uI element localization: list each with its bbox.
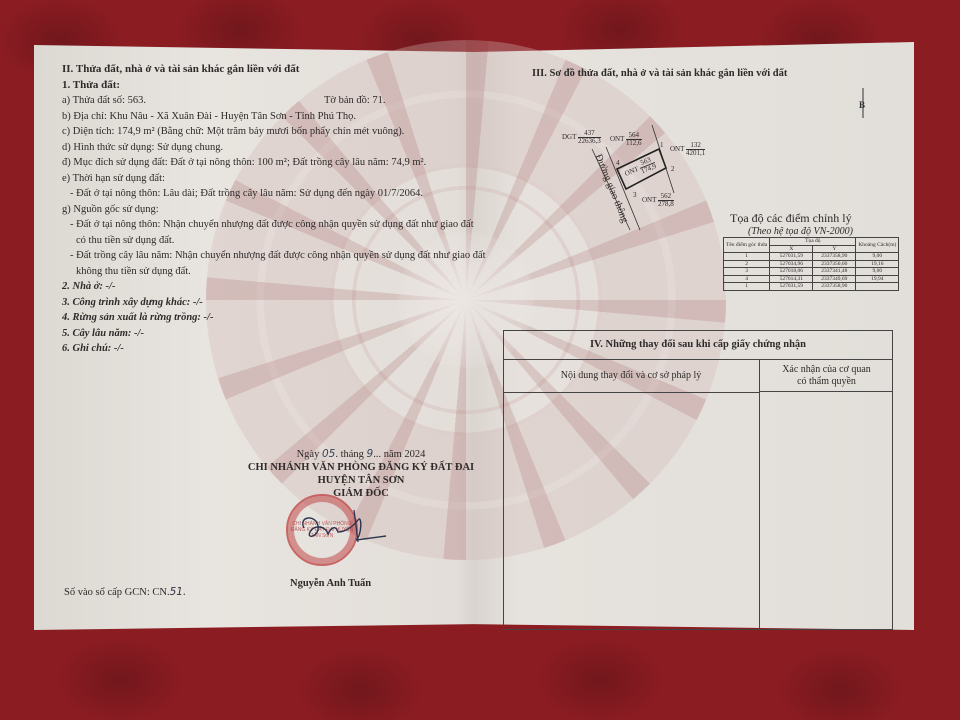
parcel-heading: 1. Thửa đất:: [62, 78, 502, 94]
signature-block: Ngày 05. tháng 9... năm 2024 CHI NHÁNH V…: [226, 448, 496, 500]
perennial-trees: 5. Cây lâu năm: -/-: [62, 326, 502, 342]
coordinate-row: 1527031,592337358,909,00: [724, 253, 899, 261]
origin-residential-line1: - Đất ở tại nông thôn: Nhận chuyển nhượn…: [62, 217, 502, 233]
use-form: d) Hình thức sử dụng: Sử dụng chung.: [62, 140, 502, 156]
coordinate-distance: 19,16: [856, 260, 899, 268]
coordinate-y: 2337349,69: [813, 275, 856, 283]
north-arrow-icon: B: [858, 88, 868, 118]
issue-day: 05: [322, 448, 335, 460]
origin-heading: g) Nguồn gốc sử dụng:: [62, 202, 502, 218]
house: 2. Nhà ở: -/-: [62, 279, 502, 295]
coordinate-y: 2337350,60: [813, 260, 856, 268]
coordinate-distance: [856, 283, 899, 291]
origin-perennial-line1: - Đất trồng cây lâu năm: Nhận chuyển như…: [62, 248, 502, 264]
changes-table: IV. Những thay đổi sau khi cấp giấy chứn…: [503, 330, 893, 630]
changes-title: IV. Những thay đổi sau khi cấp giấy chứn…: [503, 330, 893, 360]
issue-date: Ngày 05. tháng 9... năm 2024: [226, 448, 496, 461]
address: b) Địa chỉ: Khu Nâu - Xã Xuân Đài - Huyệ…: [62, 109, 502, 125]
coordinate-x: 527034,96: [770, 260, 813, 268]
coordinate-x: 527031,59: [770, 283, 813, 291]
coordinate-row: 4527014,312337349,6919,94: [724, 275, 899, 283]
coordinate-distance: 9,00: [856, 268, 899, 276]
vertex-2: 2: [671, 165, 675, 173]
section-ii-title: II. Thửa đất, nhà ở và tài sản khác gắn …: [62, 62, 502, 78]
coordinate-x: 527018,06: [770, 268, 813, 276]
forest: 4. Rừng sản xuất là rừng trồng: -/-: [62, 310, 502, 326]
parcel-diagram: DGT 43722636,3 ONT 564112,6 ONT 1324201,…: [530, 125, 730, 235]
coordinate-point: 4: [724, 275, 770, 283]
col-distance: Khoảng Cách(m): [856, 238, 899, 253]
parcel-number: a) Thửa đất số: 563.: [62, 95, 146, 106]
origin-perennial-line2: không thu tiền sử dụng đất.: [62, 264, 502, 280]
neighbor-parcel-132: ONT 1324201,1: [670, 142, 705, 157]
vertex-1: 1: [660, 141, 664, 149]
changes-content-cell: [503, 393, 760, 630]
vertex-3: 3: [633, 191, 637, 199]
svg-text:B: B: [859, 100, 865, 110]
col-coords: Tọa độ: [770, 238, 856, 246]
left-page: II. Thửa đất, nhà ở và tài sản khác gắn …: [62, 62, 502, 357]
vertex-4: 4: [616, 159, 620, 167]
coordinate-point: 1: [724, 283, 770, 291]
neighbor-parcel-564: ONT 564112,6: [610, 132, 642, 147]
issue-month: 9: [367, 448, 374, 460]
coordinates-subtitle: (Theo hệ tọa độ VN-2000): [748, 226, 853, 237]
coordinate-point: 3: [724, 268, 770, 276]
neighbor-parcel-562: ONT 562278,8: [642, 193, 674, 208]
signer-position: GIÁM ĐỐC: [226, 487, 496, 500]
coordinate-y: 2337341,48: [813, 268, 856, 276]
coordinate-point: 2: [724, 260, 770, 268]
coordinate-x: 527031,59: [770, 253, 813, 261]
other-construction: 3. Công trình xây dựng khác: -/-: [62, 295, 502, 311]
coordinate-y: 2337358,90: [813, 253, 856, 261]
use-purpose: đ) Mục đích sử dụng đất: Đất ở tại nông …: [62, 155, 502, 171]
coordinates-title: Tọa độ các điểm chỉnh lý: [730, 211, 852, 226]
area: c) Diện tích: 174,9 m² (Bằng chữ: Một tr…: [62, 124, 502, 140]
parcel-number-row: a) Thửa đất số: 563. Tờ bản đồ: 71.: [62, 93, 502, 109]
coordinate-point: 1: [724, 253, 770, 261]
coordinate-row: 2527034,962337350,6019,16: [724, 260, 899, 268]
col-point: Tên điểm góc thửa: [724, 238, 770, 253]
coordinates-table: Tên điểm góc thửa Tọa độ Khoảng Cách(m) …: [723, 237, 899, 291]
changes-col-content: Nội dung thay đổi và cơ sở pháp lý: [503, 360, 760, 393]
coordinate-x: 527014,31: [770, 275, 813, 283]
coordinate-distance: 9,00: [856, 253, 899, 261]
signer-name: Nguyễn Anh Tuấn: [290, 578, 371, 589]
notes: 6. Ghi chú: -/-: [62, 341, 502, 357]
section-iii-title: III. Sơ đồ thửa đất, nhà ở và tài sản kh…: [532, 68, 787, 79]
neighbor-parcel-437: DGT 43722636,3: [562, 130, 601, 145]
changes-confirmation-cell: [760, 393, 893, 630]
col-x: X: [770, 245, 813, 253]
col-y: Y: [813, 245, 856, 253]
term-detail: - Đất ở tại nông thôn: Lâu dài; Đất trồn…: [62, 186, 502, 202]
origin-residential-line2: có thu tiền sử dụng đất.: [62, 233, 502, 249]
term-heading: e) Thời hạn sử dụng đất:: [62, 171, 502, 187]
coordinate-distance: 19,94: [856, 275, 899, 283]
office-line1: CHI NHÁNH VĂN PHÒNG ĐĂNG KÝ ĐẤT ĐAI: [226, 461, 496, 474]
office-line2: HUYỆN TÂN SƠN: [226, 474, 496, 487]
coordinate-y: 2337358,90: [813, 283, 856, 291]
handwritten-signature: [296, 506, 406, 546]
certificate-registry-number: Số vào sổ cấp GCN: CN.51.: [64, 586, 186, 598]
map-sheet: Tờ bản đồ: 71.: [324, 93, 386, 109]
coordinate-row: 1527031,592337358,90: [724, 283, 899, 291]
coordinate-row: 3527018,062337341,489,00: [724, 268, 899, 276]
changes-col-confirmation: Xác nhận của cơ quan có thẩm quyền: [760, 360, 893, 392]
